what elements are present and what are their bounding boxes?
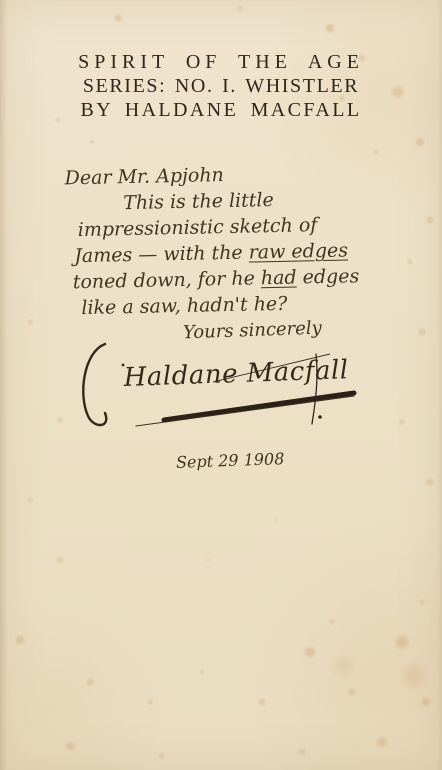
signature-thin-underline — [136, 396, 354, 426]
book-inscription-page: SPIRIT OF THE AGE SERIES: NO. I. WHISTLE… — [0, 0, 442, 770]
flourish-bracket — [83, 344, 106, 425]
underlined-phrase-raw-edges: raw edges — [248, 239, 348, 263]
underlined-word-had: had — [261, 267, 297, 290]
signature-flourish-svg: Haldane Macfall — [78, 336, 400, 440]
signature-block: Haldane Macfall — [78, 336, 400, 440]
title-line-1: SPIRIT OF THE AGE — [0, 50, 442, 74]
inscription-text: toned down, for he — [73, 267, 261, 293]
title-line-3: BY HALDANE MACFALL — [0, 98, 442, 122]
title-line-2: SERIES: NO. I. WHISTLER — [0, 74, 442, 98]
printed-title-block: SPIRIT OF THE AGE SERIES: NO. I. WHISTLE… — [0, 50, 442, 122]
inscription-date: Sept 29 1908 — [176, 449, 285, 472]
inscription-text: edges — [296, 265, 359, 288]
signature-thick-underline — [164, 393, 354, 420]
ink-dot — [318, 415, 322, 419]
handwritten-inscription: Dear Mr. Apjohn This is the little impre… — [60, 159, 393, 322]
inscription-line: like a saw, hadn't he? — [63, 289, 393, 322]
inscription-text: James — with the — [74, 242, 249, 268]
signature-name: Haldane Macfall — [122, 355, 349, 393]
